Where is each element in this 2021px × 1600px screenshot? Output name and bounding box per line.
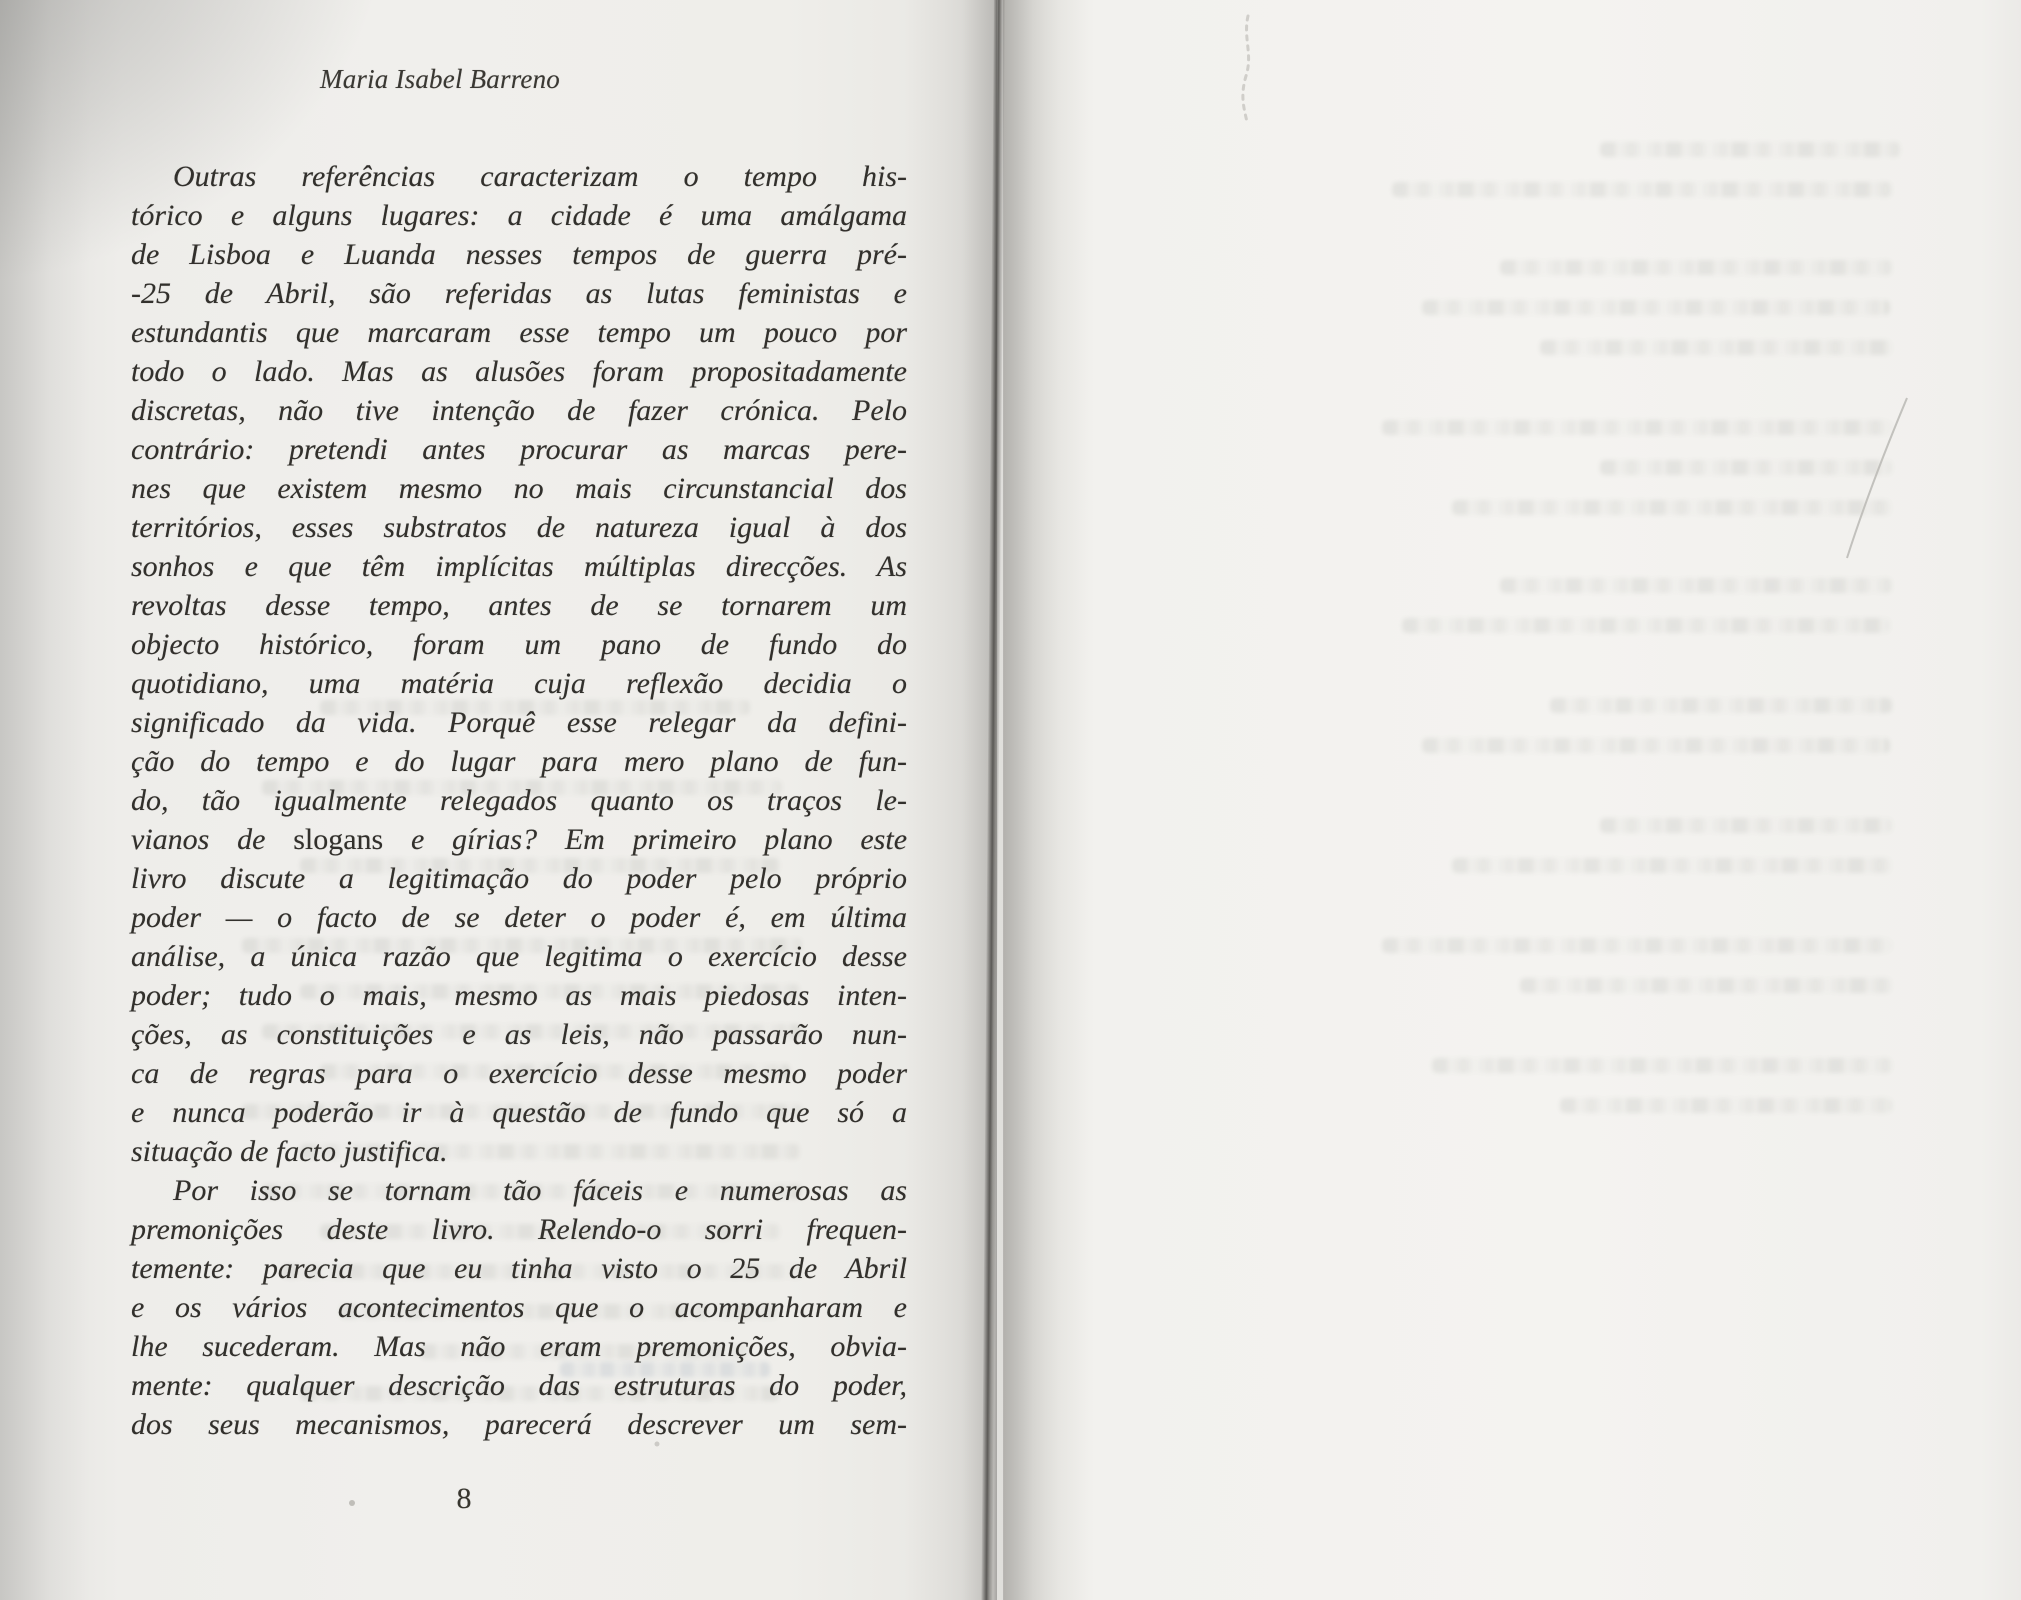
italic-text-segment: ções, as constituições e as leis, não pa… (131, 1018, 907, 1051)
italic-text-segment: todo o lado. Mas as alusões foram propos… (131, 355, 907, 388)
italic-text-segment: poder; tudo o mais, mesmo as mais piedos… (131, 979, 907, 1012)
text-line: mente: qualquer descrição das estruturas… (131, 1366, 907, 1405)
text-line: tórico e alguns lugares: a cidade é uma … (131, 196, 907, 235)
italic-text-segment: vianos de (131, 823, 293, 856)
italic-text-segment: -25 de Abril, são referidas as lutas fem… (131, 277, 907, 310)
italic-text-segment: Outras referências caracterizam o tempo … (173, 160, 907, 193)
left-page: Maria Isabel Barreno Outras referências … (0, 0, 1004, 1600)
text-line: e nunca poderão ir à questão de fundo qu… (131, 1093, 907, 1132)
italic-text-segment: temente: parecia que eu tinha visto o 25… (131, 1252, 907, 1285)
italic-text-segment: ca de regras para o exercício desse mesm… (131, 1057, 907, 1090)
italic-text-segment: e gírias? Em primeiro plano este (383, 823, 907, 856)
italic-text-segment: Por isso se tornam tão fáceis e numerosa… (173, 1174, 907, 1207)
text-line: lhe sucederam. Mas não eram premonições,… (131, 1327, 907, 1366)
italic-text-segment: de Lisboa e Luanda nesses tempos de guer… (131, 238, 907, 271)
italic-text-segment: revoltas desse tempo, antes de se tornar… (131, 589, 907, 622)
text-line: Outras referências caracterizam o tempo … (131, 157, 907, 196)
italic-text-segment: poder — o facto de se deter o poder é, e… (131, 901, 907, 934)
italic-text-segment: do, tão igualmente relegados quanto os t… (131, 784, 907, 817)
text-line: premonições deste livro. Relendo-o sorri… (131, 1210, 907, 1249)
italic-text-segment: premonições deste livro. Relendo-o sorri… (131, 1213, 907, 1246)
text-line: vianos de slogans e gírias? Em primeiro … (131, 820, 907, 859)
italic-text-segment: significado da vida. Porquê esse relegar… (131, 706, 907, 739)
italic-text-segment: mente: qualquer descrição das estruturas… (131, 1369, 907, 1402)
italic-text-segment: objecto histórico, foram um pano de fund… (131, 628, 907, 661)
text-line: nes que existem mesmo no mais circunstan… (131, 469, 907, 508)
italic-text-segment: e os vários acontecimentos que o acompan… (131, 1291, 907, 1324)
text-line: ção do tempo e do lugar para mero plano … (131, 742, 907, 781)
italic-text-segment: lhe sucederam. Mas não eram premonições,… (131, 1330, 907, 1363)
text-line: discretas, não tive intenção de fazer cr… (131, 391, 907, 430)
left-page-header: Maria Isabel Barreno (320, 64, 560, 95)
text-line: estundantis que marcaram esse tempo um p… (131, 313, 907, 352)
text-line: temente: parecia que eu tinha visto o 25… (131, 1249, 907, 1288)
italic-text-segment: estundantis que marcaram esse tempo um p… (131, 316, 907, 349)
text-line: ca de regras para o exercício desse mesm… (131, 1054, 907, 1093)
italic-text-segment: contrário: pretendi antes procurar as ma… (131, 433, 907, 466)
text-line: -25 de Abril, são referidas as lutas fem… (131, 274, 907, 313)
left-page-text-column: Outras referências caracterizam o tempo … (131, 157, 907, 1444)
text-line: dos seus mecanismos, parecerá descrever … (131, 1405, 907, 1444)
italic-text-segment: discretas, não tive intenção de fazer cr… (131, 394, 907, 427)
italic-text-segment: e nunca poderão ir à questão de fundo qu… (131, 1096, 907, 1129)
page-edge-shadow (0, 0, 90, 1600)
text-line: poder — o facto de se deter o poder é, e… (131, 898, 907, 937)
roman-text-segment: slogans (293, 823, 383, 856)
text-line: objecto histórico, foram um pano de fund… (131, 625, 907, 664)
text-line: contrário: pretendi antes procurar as ma… (131, 430, 907, 469)
text-line: livro discute a legitimação do poder pel… (131, 859, 907, 898)
italic-text-segment: análise, a única razão que legitima o ex… (131, 940, 907, 973)
left-page-number: 8 (457, 1482, 472, 1516)
text-line: todo o lado. Mas as alusões foram propos… (131, 352, 907, 391)
italic-text-segment: nes que existem mesmo no mais circunstan… (131, 472, 907, 505)
book-scan: Maria Isabel Barreno Outras referências … (0, 0, 2021, 1600)
italic-text-segment: quotidiano, uma matéria cuja reflexão de… (131, 667, 907, 700)
text-line: de Lisboa e Luanda nesses tempos de guer… (131, 235, 907, 274)
text-line: situação de facto justifica. (131, 1132, 907, 1171)
right-page: Os Outros Legítimos Superiores -número d… (1004, 0, 2021, 1600)
italic-text-segment: territórios, esses substratos de naturez… (131, 511, 907, 544)
text-line: significado da vida. Porquê esse relegar… (131, 703, 907, 742)
text-line: ções, as constituições e as leis, não pa… (131, 1015, 907, 1054)
text-line: do, tão igualmente relegados quanto os t… (131, 781, 907, 820)
text-line: quotidiano, uma matéria cuja reflexão de… (131, 664, 907, 703)
text-line: territórios, esses substratos de naturez… (131, 508, 907, 547)
text-line: revoltas desse tempo, antes de se tornar… (131, 586, 907, 625)
text-line: Por isso se tornam tão fáceis e numerosa… (131, 1171, 907, 1210)
text-line: análise, a única razão que legitima o ex… (131, 937, 907, 976)
italic-text-segment: situação de facto justifica. (131, 1135, 448, 1168)
italic-text-segment: livro discute a legitimação do poder pel… (131, 862, 907, 895)
text-line: e os vários acontecimentos que o acompan… (131, 1288, 907, 1327)
italic-text-segment: sonhos e que têm implícitas múltiplas di… (131, 550, 907, 583)
text-line: poder; tudo o mais, mesmo as mais piedos… (131, 976, 907, 1015)
italic-text-segment: tórico e alguns lugares: a cidade é uma … (131, 199, 907, 232)
italic-text-segment: dos seus mecanismos, parecerá descrever … (131, 1408, 907, 1441)
italic-text-segment: ção do tempo e do lugar para mero plano … (131, 745, 907, 778)
text-line: sonhos e que têm implícitas múltiplas di… (131, 547, 907, 586)
